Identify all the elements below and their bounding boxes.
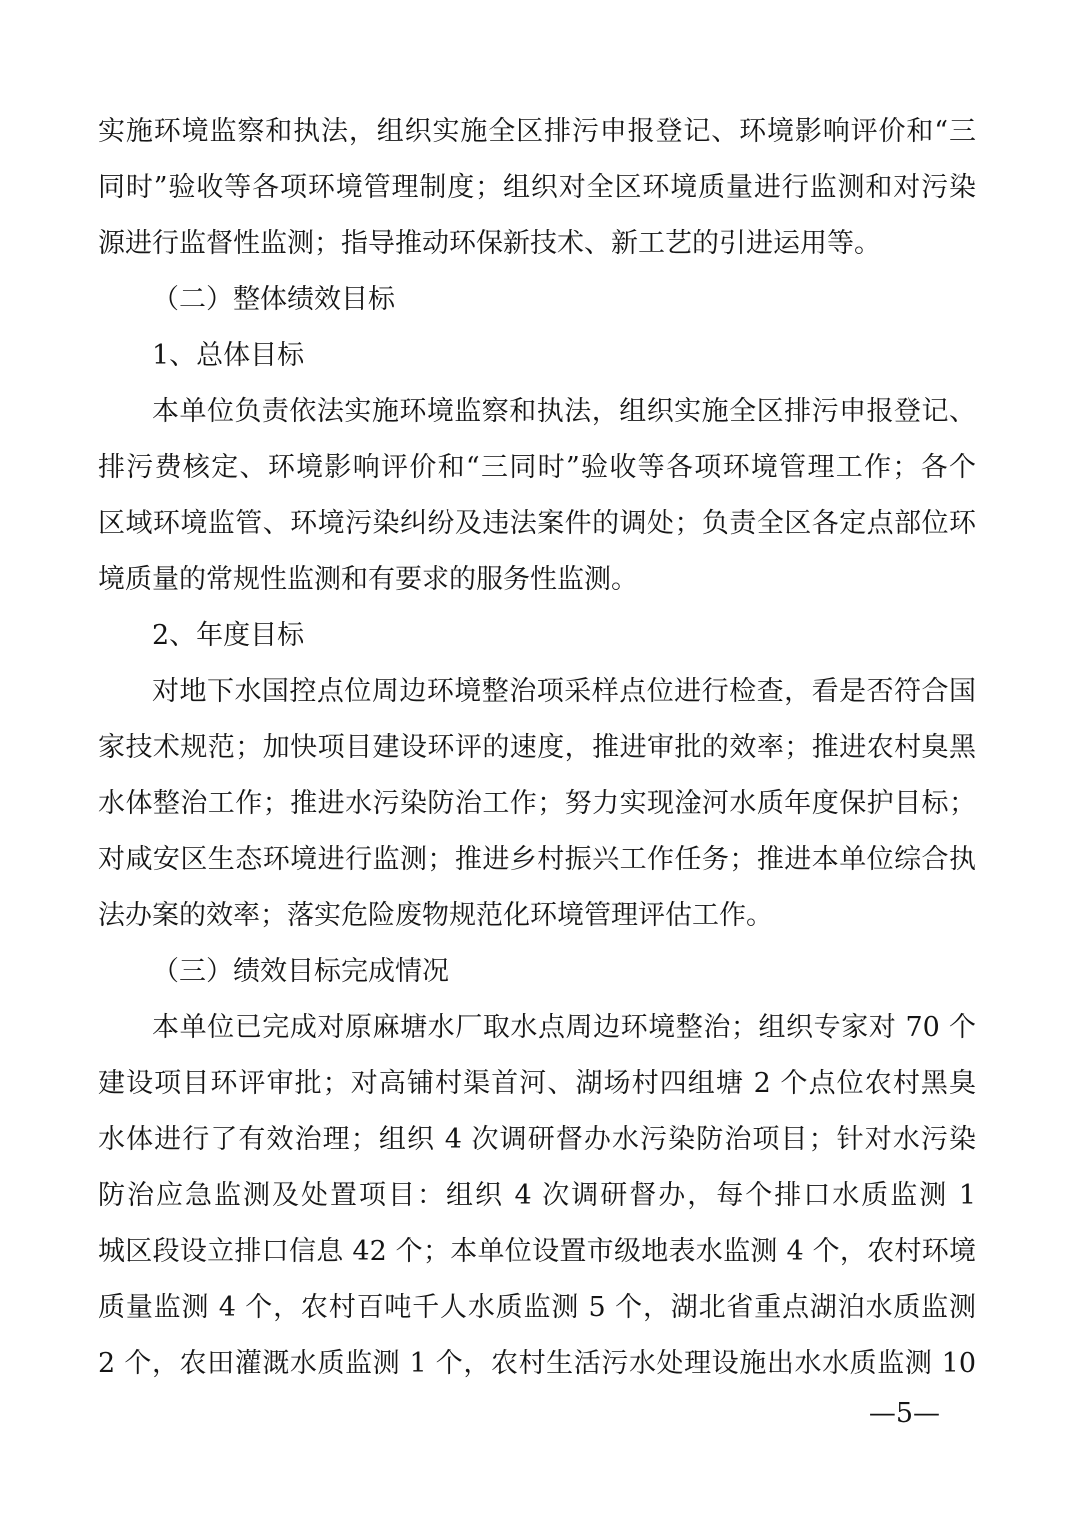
text-line: 2、年度目标 — [98, 608, 976, 664]
text-line: 本单位已完成对原麻塘水厂取水点周边环境整治；组织专家对 70 个 — [98, 1000, 976, 1056]
text-line: 对地下水国控点位周边环境整治项采样点位进行检查，看是否符合国 — [98, 664, 976, 720]
text-line: 水体进行了有效治理；组织 4 次调研督办水污染防治项目；针对水污染 — [98, 1112, 976, 1168]
document-body: 实施环境监察和执法，组织实施全区排污申报登记、环境影响评价和“三同时”验收等各项… — [98, 104, 976, 1392]
text-line: 境质量的常规性监测和有要求的服务性监测。 — [98, 552, 976, 608]
document-page: 实施环境监察和执法，组织实施全区排污申报登记、环境影响评价和“三同时”验收等各项… — [0, 0, 1074, 1520]
text-line: 2 个，农田灌溉水质监测 1 个，农村生活污水处理设施出水水质监测 10 — [98, 1336, 976, 1392]
text-line: （三）绩效目标完成情况 — [98, 944, 976, 1000]
text-line: 1、总体目标 — [98, 328, 976, 384]
page-number: —5— — [869, 1394, 940, 1434]
text-line: 对咸安区生态环境进行监测；推进乡村振兴工作任务；推进本单位综合执 — [98, 832, 976, 888]
text-line: 城区段设立排口信息 42 个；本单位设置市级地表水监测 4 个，农村环境 — [98, 1224, 976, 1280]
text-line: （二）整体绩效目标 — [98, 272, 976, 328]
text-line: 防治应急监测及处置项目：组织 4 次调研督办，每个排口水质监测 1 次， — [98, 1168, 976, 1224]
text-line: 区域环境监管、环境污染纠纷及违法案件的调处；负责全区各定点部位环 — [98, 496, 976, 552]
text-line: 同时”验收等各项环境管理制度；组织对全区环境质量进行监测和对污染 — [98, 160, 976, 216]
text-line: 家技术规范；加快项目建设环评的速度，推进审批的效率；推进农村臭黑 — [98, 720, 976, 776]
text-line: 排污费核定、环境影响评价和“三同时”验收等各项环境管理工作；各个 — [98, 440, 976, 496]
text-line: 源进行监督性监测；指导推动环保新技术、新工艺的引进运用等。 — [98, 216, 976, 272]
text-line: 实施环境监察和执法，组织实施全区排污申报登记、环境影响评价和“三 — [98, 104, 976, 160]
text-line: 法办案的效率；落实危险废物规范化环境管理评估工作。 — [98, 888, 976, 944]
text-line: 本单位负责依法实施环境监察和执法，组织实施全区排污申报登记、 — [98, 384, 976, 440]
text-line: 建设项目环评审批；对高铺村渠首河、湖场村四组塘 2 个点位农村黑臭 — [98, 1056, 976, 1112]
text-line: 质量监测 4 个，农村百吨千人水质监测 5 个，湖北省重点湖泊水质监测 — [98, 1280, 976, 1336]
text-line: 水体整治工作；推进水污染防治工作；努力实现淦河水质年度保护目标； — [98, 776, 976, 832]
